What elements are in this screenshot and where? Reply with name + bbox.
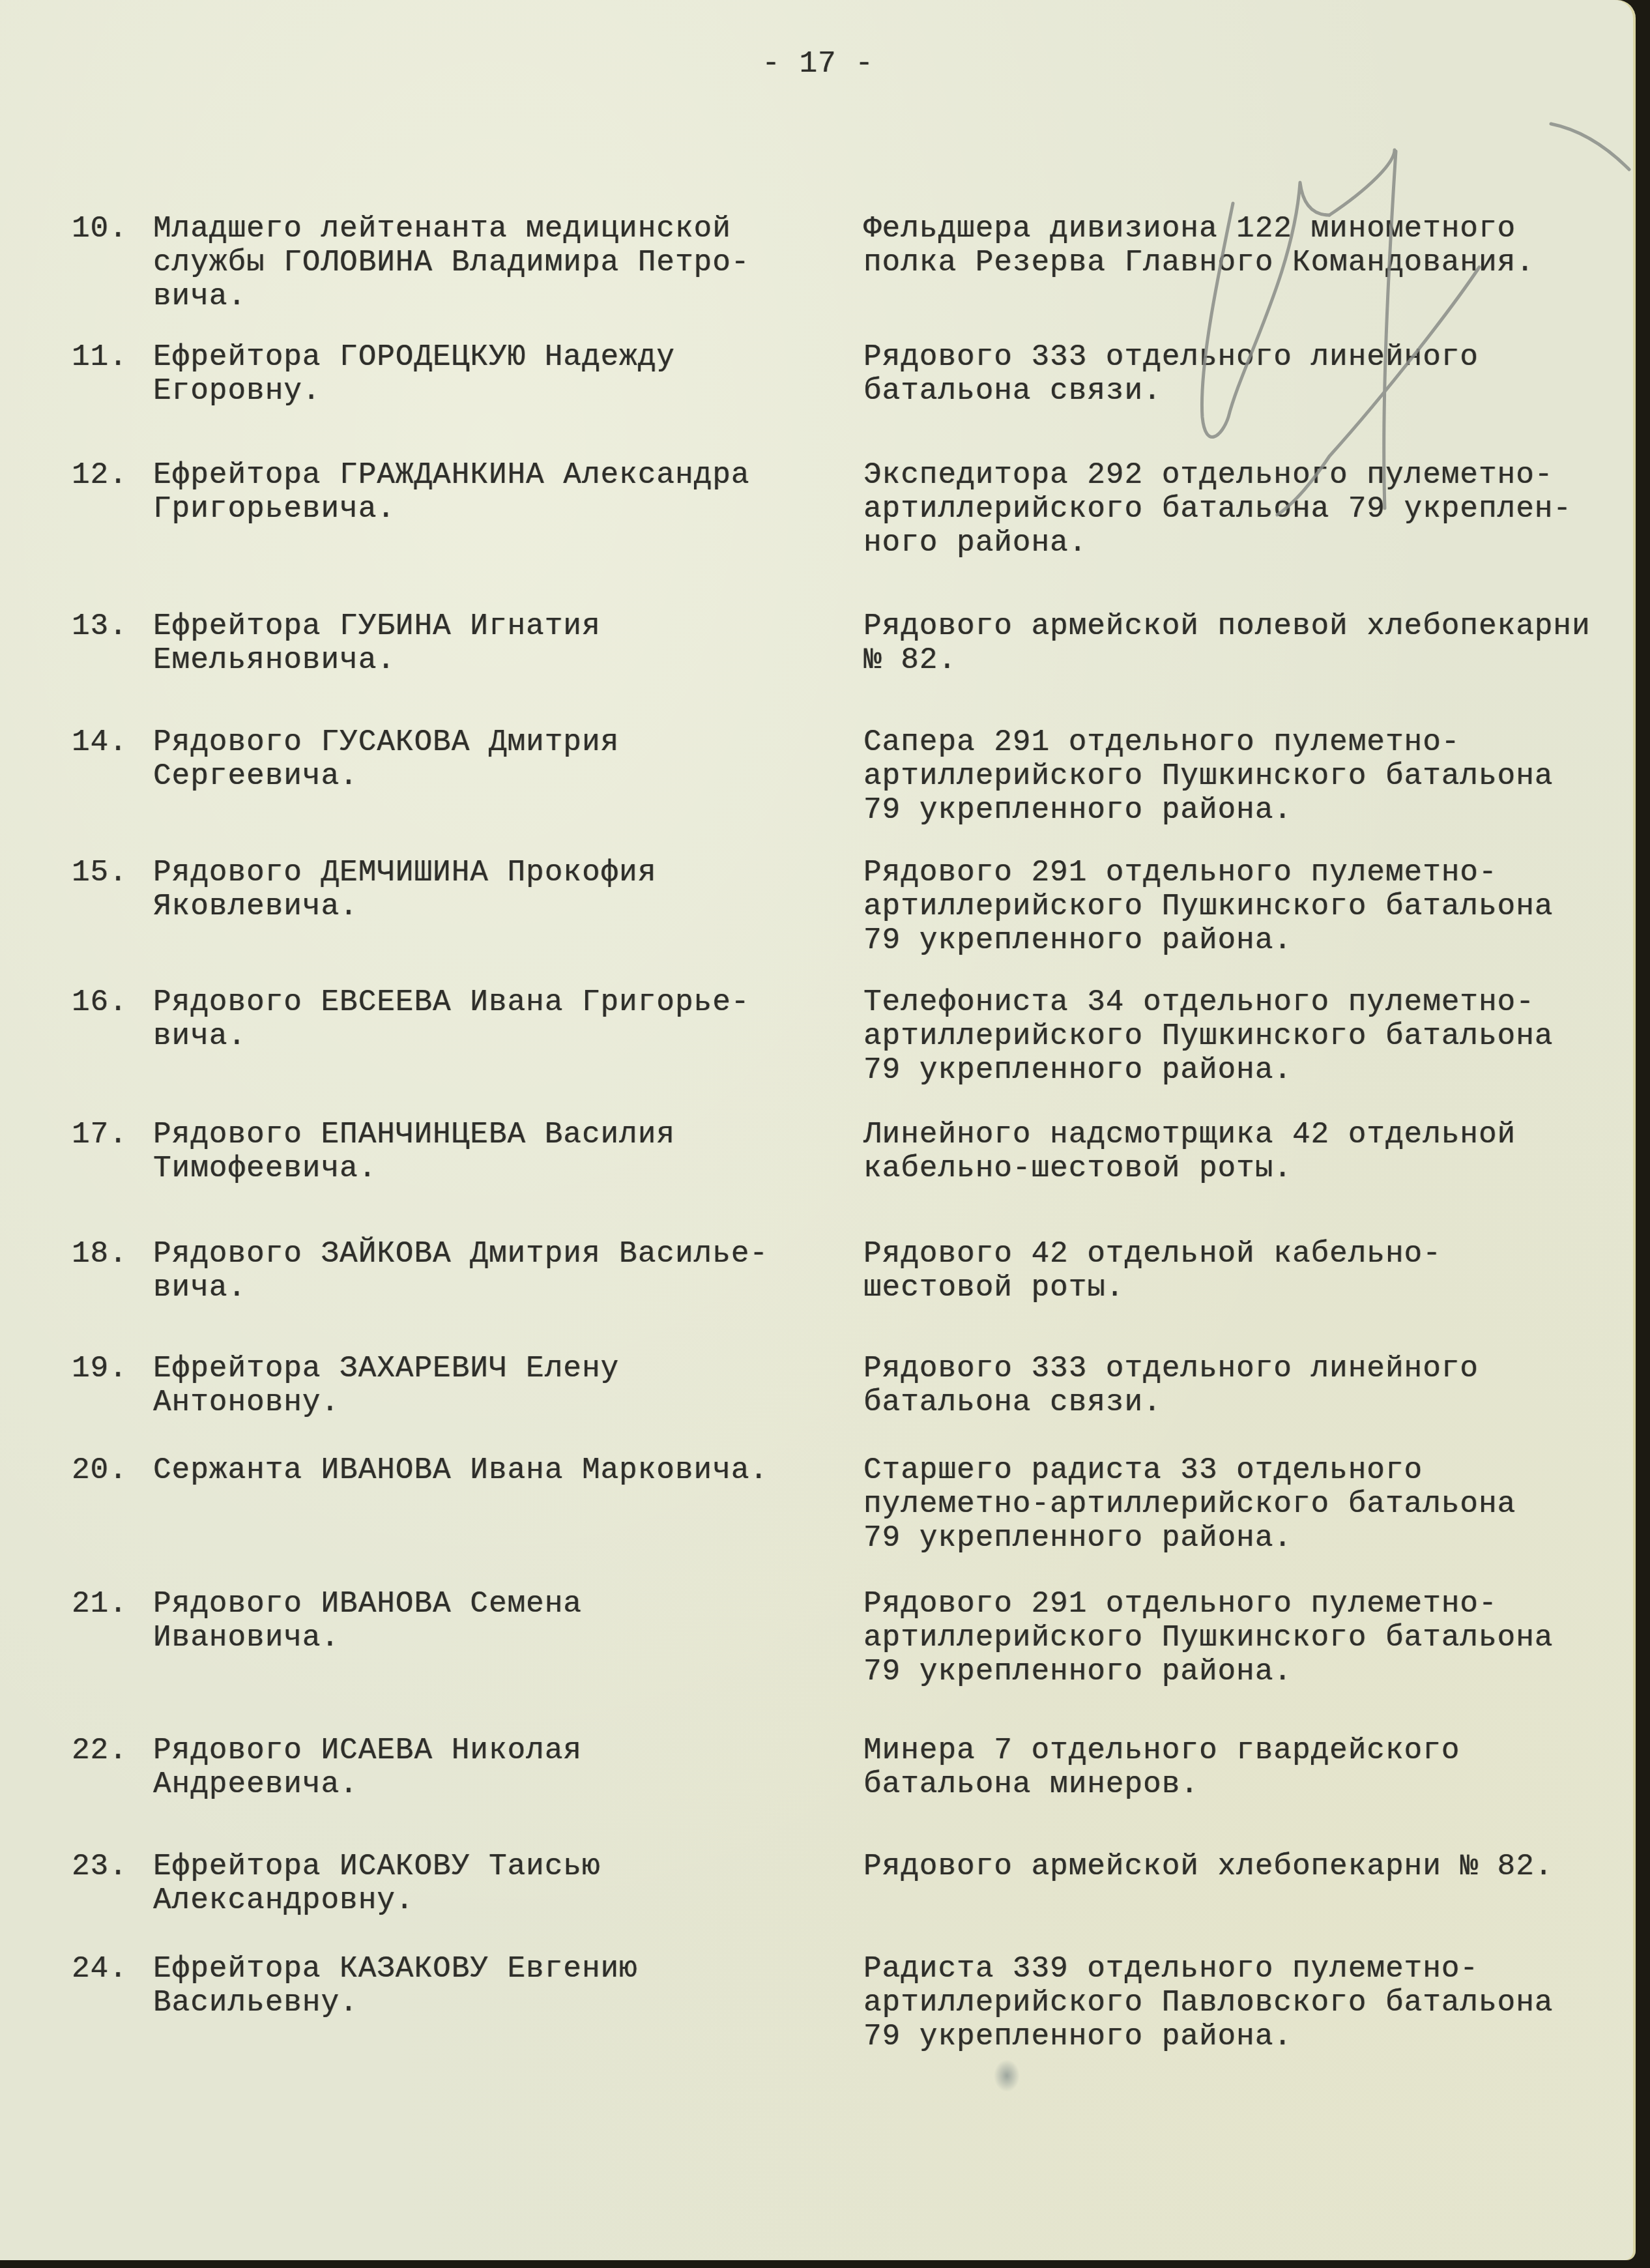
entry-position: Рядового 333 отдельного линейного баталь… (863, 1352, 1636, 1419)
entry-position: Рядового армейской полевой хлебопекарни … (863, 609, 1636, 677)
entry-name: Рядового ЗАЙКОВА Дмитрия Василье- вича. (153, 1237, 844, 1305)
ink-smudge (994, 2059, 1020, 2092)
entry-number: 20. (72, 1453, 156, 1487)
entry-name: Ефрейтора ГОРОДЕЦКУЮ Надежду Егоровну. (153, 340, 844, 408)
entry-number: 14. (72, 725, 156, 759)
entry-number: 21. (72, 1587, 156, 1621)
entry-number: 23. (72, 1850, 156, 1883)
entry-name: Сержанта ИВАНОВА Ивана Марковича. (153, 1453, 844, 1487)
entry-number: 17. (72, 1118, 156, 1152)
entry-position: Радиста 339 отдельного пулеметно- артилл… (863, 1952, 1636, 2054)
entry-number: 10. (72, 212, 156, 246)
entry-position: Сапера 291 отдельного пулеметно- артилле… (863, 725, 1636, 827)
entry-number: 13. (72, 609, 156, 643)
entry-position: Линейного надсмотрщика 42 отдельной кабе… (863, 1118, 1636, 1185)
entry-name: Рядового ИСАЕВА Николая Андреевича. (153, 1734, 844, 1801)
entry-name: Младшего лейтенанта медицинской службы Г… (153, 212, 844, 313)
entry-position: Фельдшера дивизиона 122 минометного полк… (863, 212, 1636, 280)
entry-name: Ефрейтора ГУБИНА Игнатия Емельяновича. (153, 609, 844, 677)
entry-name: Рядового ДЕМЧИШИНА Прокофия Яковлевича. (153, 856, 844, 923)
entry-position: Рядового 42 отдельной кабельно- шестовой… (863, 1237, 1636, 1305)
entry-name: Рядового ЕПАНЧИНЦЕВА Василия Тимофеевича… (153, 1118, 844, 1185)
entry-number: 12. (72, 458, 156, 492)
entry-position: Старшего радиста 33 отдельного пулеметно… (863, 1453, 1636, 1555)
entry-number: 18. (72, 1237, 156, 1271)
entry-position: Рядового 291 отдельного пулеметно- артил… (863, 856, 1636, 957)
entry-name: Ефрейтора ЗАХАРЕВИЧ Елену Антоновну. (153, 1352, 844, 1419)
entry-name: Ефрейтора ГРАЖДАНКИНА Александра Григорь… (153, 458, 844, 526)
entry-name: Ефрейтора ИСАКОВУ Таисью Александровну. (153, 1850, 844, 1917)
entry-number: 15. (72, 856, 156, 890)
entry-position: Минера 7 отдельного гвардейского батальо… (863, 1734, 1636, 1801)
entry-number: 22. (72, 1734, 156, 1767)
entry-position: Рядового 291 отдельного пулеметно- артил… (863, 1587, 1636, 1689)
entry-position: Рядового армейской хлебопекарни № 82. (863, 1850, 1636, 1883)
document-page: - 17 - 10. Младшего лейтенанта медицинск… (0, 0, 1636, 2260)
entry-name: Рядового ИВАНОВА Семена Ивановича. (153, 1587, 844, 1655)
entry-name: Рядового ЕВСЕЕВА Ивана Григорье- вича. (153, 985, 844, 1053)
entry-name: Рядового ГУСАКОВА Дмитрия Сергеевича. (153, 725, 844, 793)
entry-number: 11. (72, 340, 156, 374)
entry-number: 16. (72, 985, 156, 1019)
entry-number: 19. (72, 1352, 156, 1386)
entry-number: 24. (72, 1952, 156, 1986)
entry-name: Ефрейтора КАЗАКОВУ Евгению Васильевну. (153, 1952, 844, 2020)
entry-position: Экспедитора 292 отдельного пулеметно- ар… (863, 458, 1636, 560)
entry-position: Телефониста 34 отдельного пулеметно- арт… (863, 985, 1636, 1087)
entry-position: Рядового 333 отдельного линейного баталь… (863, 340, 1636, 408)
page-number: - 17 - (0, 47, 1636, 81)
